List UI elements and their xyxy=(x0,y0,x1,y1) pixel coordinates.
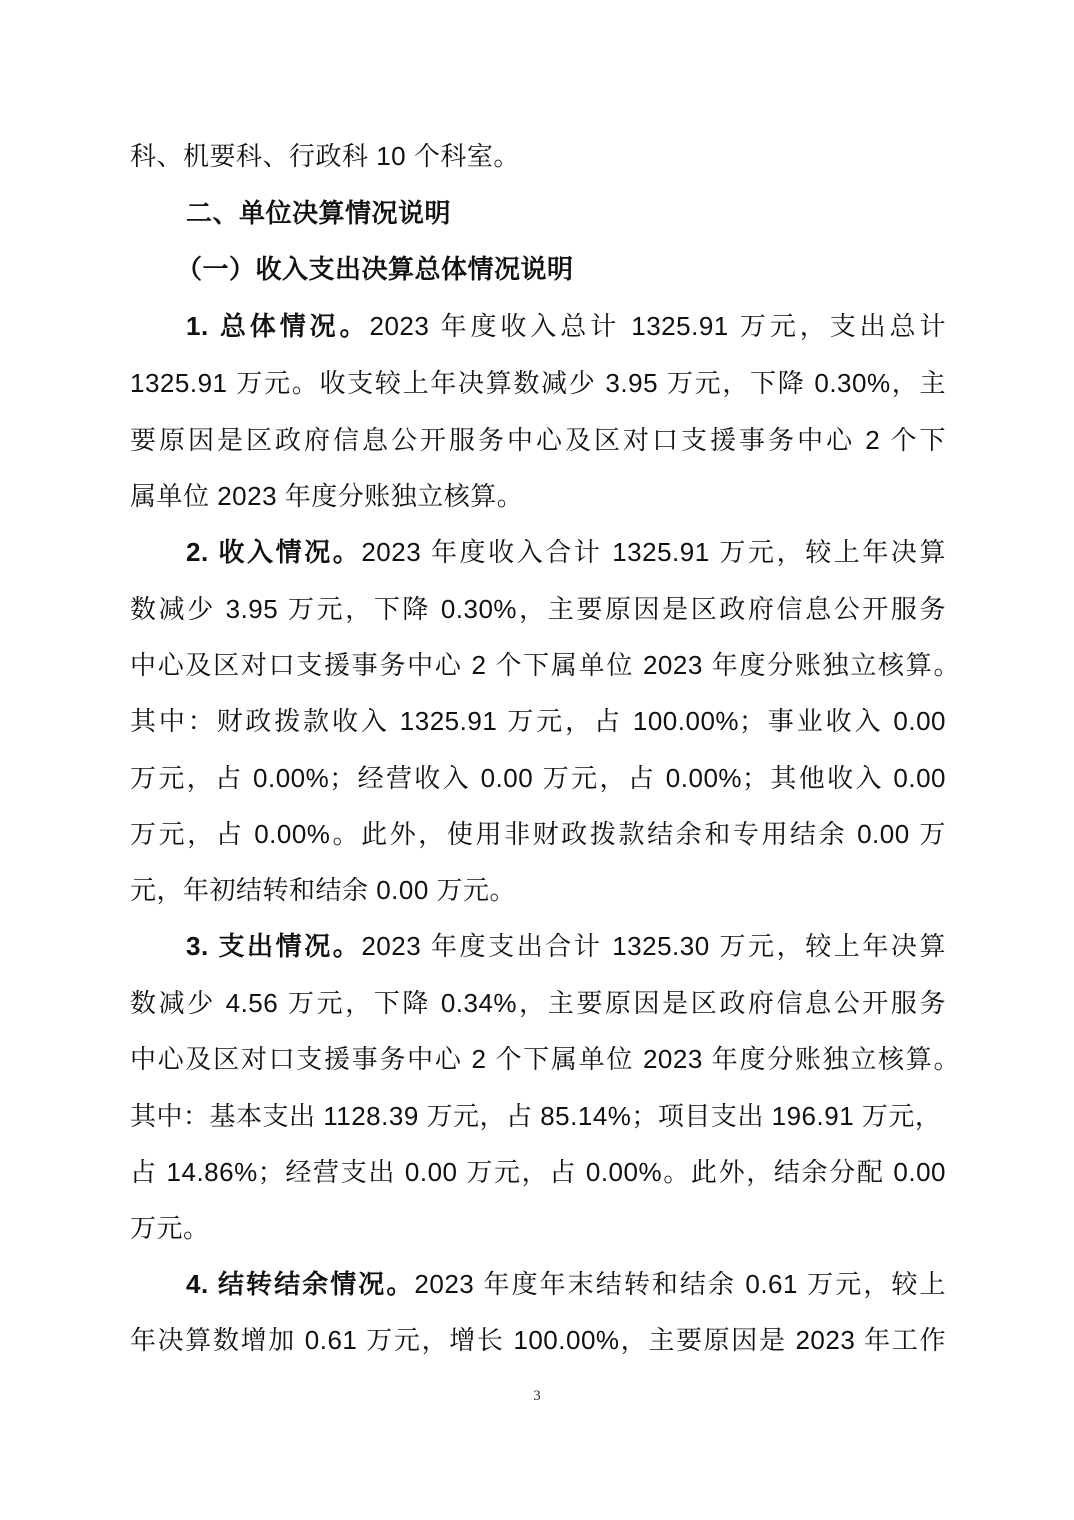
paragraph-line: 中心及区对口支援事务中心 2 个下属单位 2023 年度分账独立核算。 xyxy=(130,1039,960,1079)
paragraph-line: 科、机要科、行政科 10 个科室。 xyxy=(130,136,946,176)
paragraph-line: 年决算数增加 0.61 万元，增长 100.00%，主要原因是 2023 年工作 xyxy=(130,1320,946,1360)
paragraph-line: 要原因是区政府信息公开服务中心及区对口支援事务中心 2 个下 xyxy=(130,420,946,460)
paragraph-line: 数减少 3.95 万元，下降 0.30%，主要原因是区政府信息公开服务 xyxy=(130,589,946,629)
paragraph-line: 1325.91 万元。收支较上年决算数减少 3.95 万元，下降 0.30%，主 xyxy=(130,363,946,403)
paragraph-line: 属单位 2023 年度分账独立核算。 xyxy=(130,476,946,516)
section-heading: 二、单位决算情况说明 xyxy=(186,193,1002,233)
item-lead: 4. 结转结余情况。 xyxy=(186,1269,414,1299)
paragraph-line: 2. 收入情况。2023 年度收入合计 1325.91 万元，较上年决算 xyxy=(186,532,946,572)
subsection-heading: （一）收入支出决算总体情况说明 xyxy=(176,250,992,290)
paragraph-line: 万元，占 0.00%。此外，使用非财政拨款结余和专用结余 0.00 万 xyxy=(130,814,946,854)
item-lead: 1. 总体情况。 xyxy=(186,311,370,341)
item-lead: 3. 支出情况。 xyxy=(186,931,361,961)
paragraph-line: 其中：基本支出 1128.39 万元，占 85.14%；项目支出 196.91 … xyxy=(130,1096,930,1136)
paragraph-line: 数减少 4.56 万元，下降 0.34%，主要原因是区政府信息公开服务 xyxy=(130,983,946,1023)
paragraph-line: 其中：财政拨款收入 1325.91 万元，占 100.00%；事业收入 0.00 xyxy=(130,701,946,741)
paragraph-line: 中心及区对口支援事务中心 2 个下属单位 2023 年度分账独立核算。 xyxy=(130,645,960,685)
paragraph-line: 万元。 xyxy=(130,1208,946,1248)
paragraph-line: 占 14.86%；经营支出 0.00 万元，占 0.00%。此外，结余分配 0.… xyxy=(130,1152,946,1192)
paragraph-line: 1. 总体情况。2023 年度收入总计 1325.91 万元，支出总计 xyxy=(186,306,946,346)
paragraph-line: 元，年初结转和结余 0.00 万元。 xyxy=(130,870,946,910)
item-lead: 2. 收入情况。 xyxy=(186,537,361,567)
paragraph-line: 万元，占 0.00%；经营收入 0.00 万元，占 0.00%；其他收入 0.0… xyxy=(130,758,946,798)
paragraph-line: 3. 支出情况。2023 年度支出合计 1325.30 万元，较上年决算 xyxy=(186,926,946,966)
paragraph-line: 4. 结转结余情况。2023 年度年末结转和结余 0.61 万元，较上 xyxy=(186,1264,946,1304)
page-number: 3 xyxy=(0,1388,1074,1405)
